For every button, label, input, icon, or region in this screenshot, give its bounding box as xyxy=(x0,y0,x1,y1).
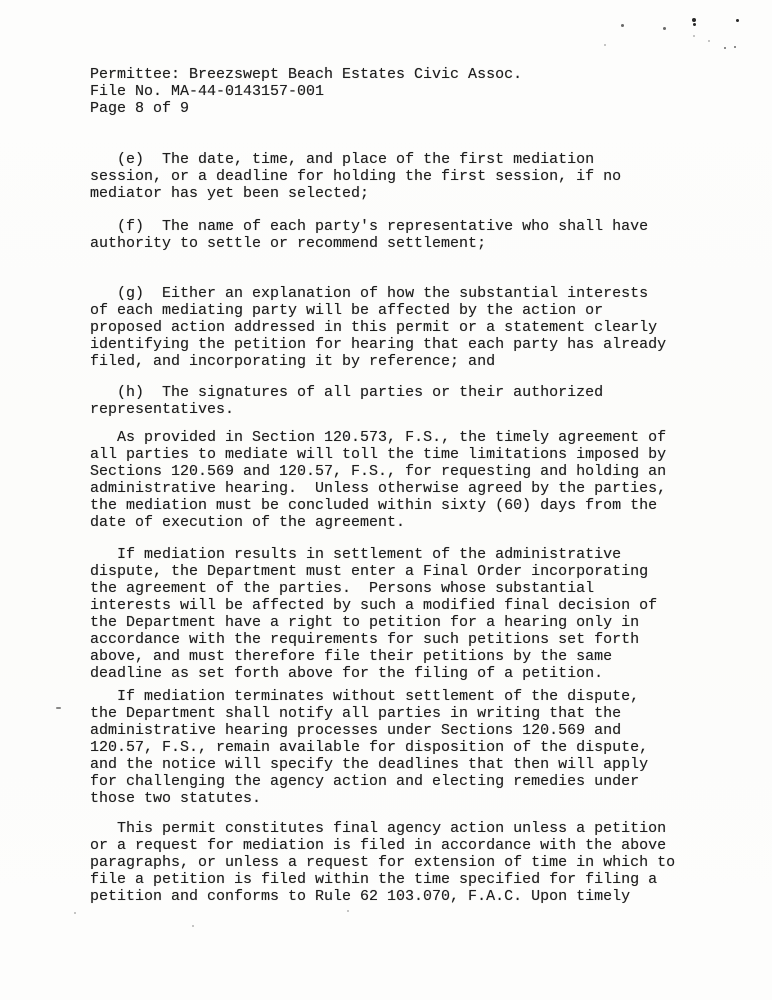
scan-speck xyxy=(693,23,696,26)
scan-speck xyxy=(734,46,736,48)
paragraph-mediation-tolling: As provided in Section 120.573, F.S., th… xyxy=(90,429,710,531)
paragraph-item-h: (h) The signatures of all parties or the… xyxy=(90,384,710,418)
scanned-document-page: Permittee: Breezswept Beach Estates Civi… xyxy=(0,0,772,1000)
document-body: Permittee: Breezswept Beach Estates Civi… xyxy=(90,66,710,905)
scan-speck xyxy=(604,44,606,46)
scan-speck xyxy=(708,40,710,42)
paragraph-item-e: (e) The date, time, and place of the fir… xyxy=(90,151,710,202)
scan-speck xyxy=(621,24,624,27)
scan-speck xyxy=(693,35,695,37)
scan-speck xyxy=(736,19,739,22)
header-page-number-line: Page 8 of 9 xyxy=(90,100,710,117)
scan-speck xyxy=(724,47,726,49)
scan-speck xyxy=(347,910,349,912)
paragraph-final-agency-action: This permit constitutes final agency act… xyxy=(90,820,710,905)
scan-speck xyxy=(692,18,696,22)
scan-speck xyxy=(74,912,76,914)
paragraph-mediation-terminates: If mediation terminates without settleme… xyxy=(90,688,710,807)
document-header: Permittee: Breezswept Beach Estates Civi… xyxy=(90,66,710,117)
header-file-number-line: File No. MA-44-0143157-001 xyxy=(90,83,710,100)
scan-speck xyxy=(663,27,666,30)
paragraph-mediation-settlement: If mediation results in settlement of th… xyxy=(90,546,710,682)
scan-speck xyxy=(192,925,194,927)
paragraph-item-f: (f) The name of each party's representat… xyxy=(90,218,710,252)
header-permittee-line: Permittee: Breezswept Beach Estates Civi… xyxy=(90,66,710,83)
scan-speck xyxy=(56,707,61,709)
paragraph-item-g: (g) Either an explanation of how the sub… xyxy=(90,285,710,370)
